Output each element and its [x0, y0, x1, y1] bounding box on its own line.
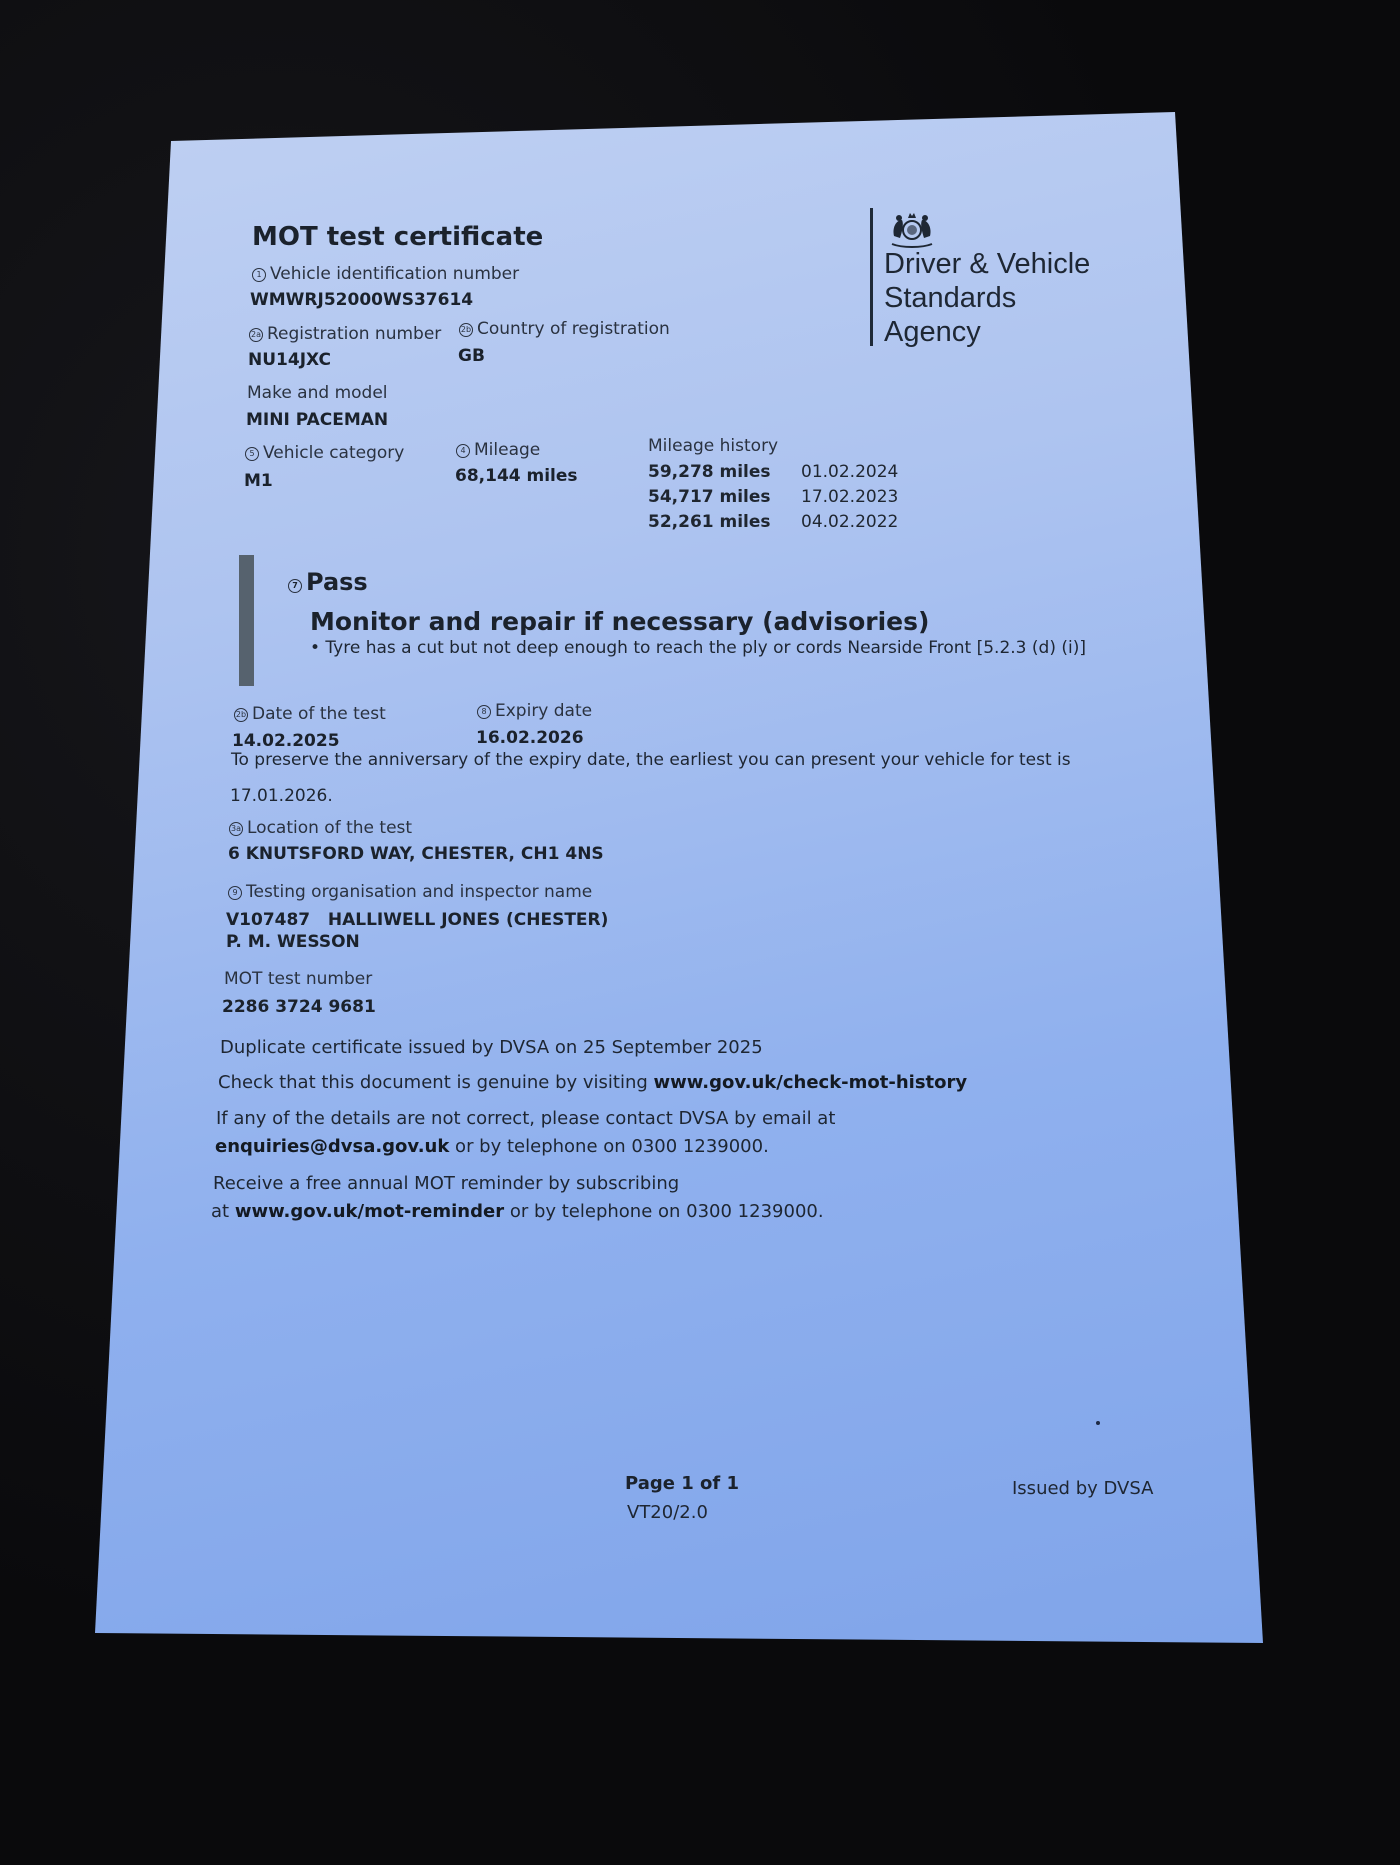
category-label: 5Vehicle category — [245, 443, 404, 463]
field-marker: 1 — [252, 268, 266, 282]
mileage-history-list: 59,278 miles 01.02.2024 54,717 miles 17.… — [648, 460, 898, 535]
reminder-note-line-2: at www.gov.uk/mot-reminder or by telepho… — [211, 1201, 824, 1222]
mileage-history-label: Mileage history — [648, 436, 778, 456]
page-number: Page 1 of 1 — [625, 1473, 739, 1494]
location-value: 6 KNUTSFORD WAY, CHESTER, CH1 4NS — [228, 844, 604, 864]
test-date-label: 2bDate of the test — [234, 704, 386, 724]
mileage-history-row: 54,717 miles 17.02.2023 — [648, 485, 898, 510]
form-code: VT20/2.0 — [627, 1502, 708, 1523]
mileage-history-row: 52,261 miles 04.02.2022 — [648, 510, 898, 535]
check-mot-history-link[interactable]: www.gov.uk/check-mot-history — [654, 1072, 968, 1093]
advisory-item: • Tyre has a cut but not deep enough to … — [310, 638, 1086, 658]
expiry-date-value: 16.02.2026 — [476, 728, 584, 748]
field-marker: 5 — [245, 447, 259, 461]
registration-value: NU14JXC — [248, 350, 331, 370]
mileage-value: 68,144 miles — [455, 466, 578, 486]
field-marker: 8 — [477, 705, 491, 719]
paper-speck — [1096, 1421, 1100, 1425]
advisories-heading: Monitor and repair if necessary (advisor… — [310, 607, 929, 636]
test-date-value: 14.02.2025 — [232, 731, 340, 751]
field-marker: 9 — [228, 886, 242, 900]
inspector-name: P. M. WESSON — [226, 932, 360, 952]
contact-note-line-1: If any of the details are not correct, p… — [216, 1108, 835, 1129]
anniversary-note-line-2: 17.01.2026. — [230, 786, 333, 806]
field-marker: 7 — [288, 579, 302, 593]
logo-line-2: Standards — [884, 281, 1090, 315]
reminder-note-line-1: Receive a free annual MOT reminder by su… — [213, 1173, 679, 1194]
make-model-label: Make and model — [247, 383, 388, 403]
result-status: 7Pass — [288, 568, 368, 596]
result-status-bar — [239, 555, 254, 686]
logo-line-1: Driver & Vehicle — [884, 247, 1090, 281]
make-model-value: MINI PACEMAN — [246, 410, 388, 430]
registration-label: 2aRegistration number — [249, 324, 441, 344]
contact-note-line-2: enquiries@dvsa.gov.uk or by telephone on… — [215, 1136, 769, 1157]
test-number-label: MOT test number — [224, 969, 372, 989]
mot-reminder-link[interactable]: www.gov.uk/mot-reminder — [235, 1201, 504, 1222]
field-marker: 2b — [234, 708, 248, 722]
vin-label: 1Vehicle identification number — [252, 264, 519, 284]
dvsa-email-link[interactable]: enquiries@dvsa.gov.uk — [215, 1136, 449, 1157]
field-marker: 2a — [249, 328, 263, 342]
expiry-date-label: 8Expiry date — [477, 701, 592, 721]
logo-divider — [870, 208, 873, 346]
logo-line-3: Agency — [884, 315, 1090, 349]
location-label: 3aLocation of the test — [229, 818, 412, 838]
field-marker: 2b — [459, 323, 473, 337]
country-label: 2bCountry of registration — [459, 319, 670, 339]
field-marker: 3a — [229, 822, 243, 836]
certificate-content: MOT test certificate Driver & Vehicle St… — [0, 0, 1400, 1865]
testing-org-value: V107487 HALLIWELL JONES (CHESTER) — [226, 910, 608, 930]
check-genuine-note: Check that this document is genuine by v… — [218, 1072, 967, 1093]
test-number-value: 2286 3724 9681 — [222, 997, 376, 1017]
dvsa-logo-text: Driver & Vehicle Standards Agency — [884, 247, 1090, 349]
mileage-label: 4Mileage — [456, 440, 540, 460]
vin-value: WMWRJ52000WS37614 — [250, 290, 473, 310]
testing-org-label: 9Testing organisation and inspector name — [228, 882, 592, 902]
field-marker: 4 — [456, 444, 470, 458]
category-value: M1 — [244, 471, 273, 491]
issued-by: Issued by DVSA — [1012, 1478, 1153, 1499]
duplicate-note: Duplicate certificate issued by DVSA on … — [220, 1037, 763, 1058]
mileage-history-row: 59,278 miles 01.02.2024 — [648, 460, 898, 485]
anniversary-note-line-1: To preserve the anniversary of the expir… — [231, 750, 1071, 770]
page-title: MOT test certificate — [252, 222, 543, 252]
country-value: GB — [458, 346, 485, 366]
